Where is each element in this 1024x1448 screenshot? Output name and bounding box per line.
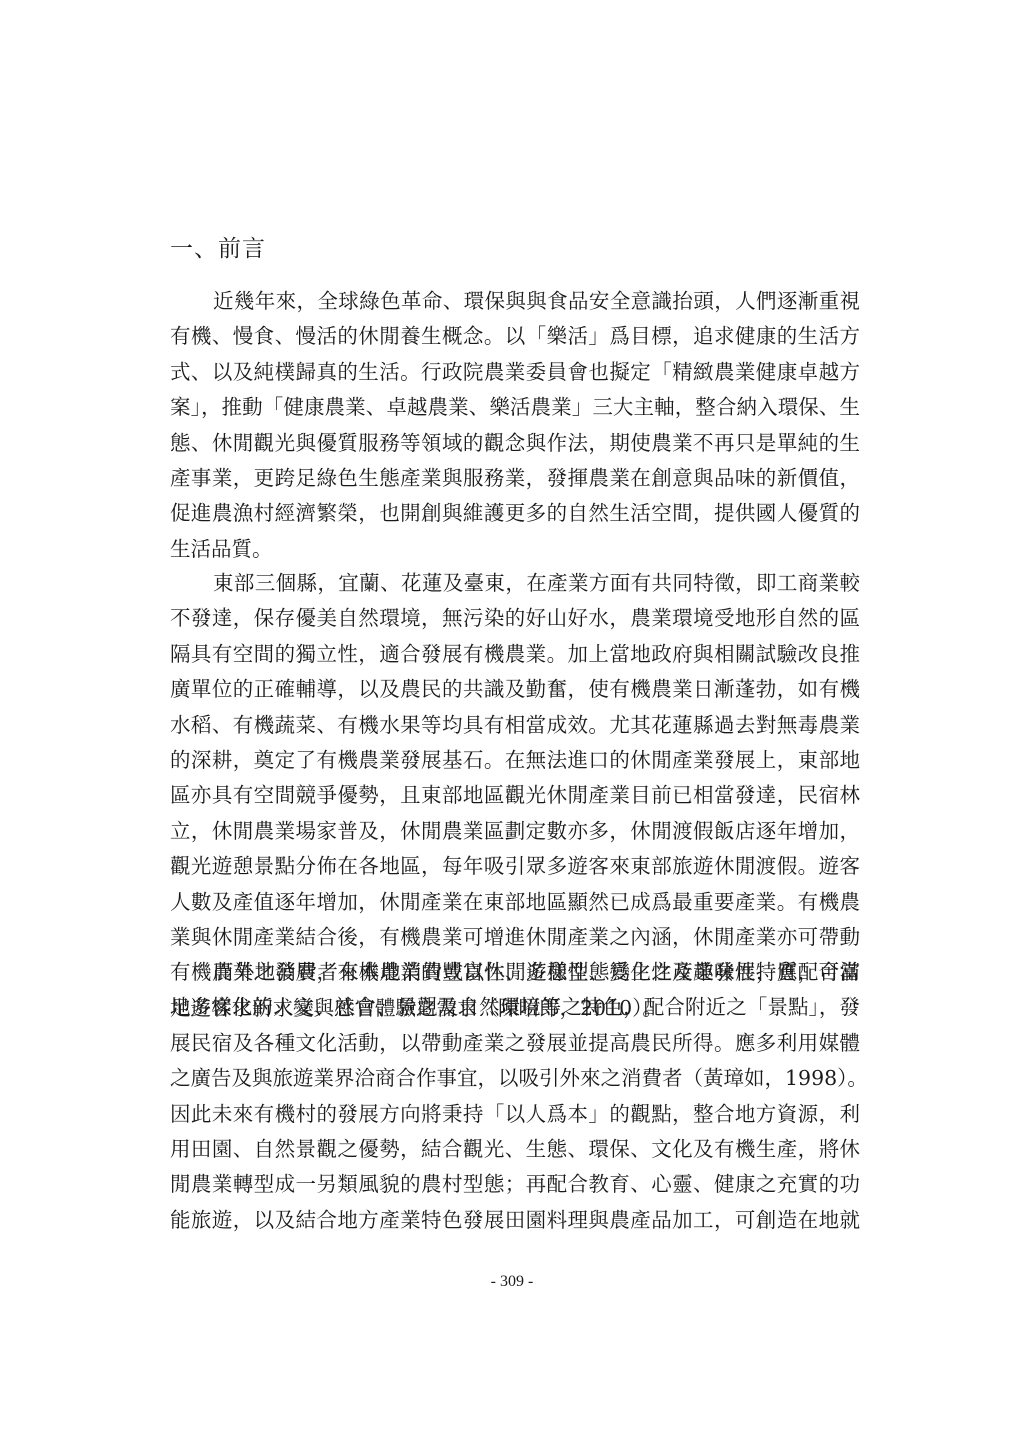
paragraph-line: 近幾年來，全球綠色革命、環保與與食品安全意識抬頭，人們逐漸重視: [170, 284, 860, 319]
page-number: - 309 -: [0, 1272, 1024, 1292]
paragraph-line: 態、休閒觀光與優質服務等領域的觀念與作法，期使農業不再只是單純的生: [170, 426, 860, 461]
paragraph-line: 之廣告及與旅遊業界洽商合作事宜，以吸引外來之消費者（黃璋如，1998）。: [170, 1061, 860, 1096]
section-heading: 一、前言: [170, 234, 266, 264]
paragraph-line: 觀光遊憩景點分佈在各地區，每年吸引眾多遊客來東部旅遊休閒渡假。遊客: [170, 849, 860, 884]
paragraph-line: 能旅遊，以及結合地方產業特色發展田園料理與農產品加工，可創造在地就: [170, 1203, 860, 1238]
paragraph-line: 式、以及純樸歸真的生活。行政院農業委員會也擬定「精緻農業健康卓越方: [170, 355, 860, 390]
paragraph-line: 促進農漁村經濟繁榮，也開創與維護更多的自然生活空間，提供國人優質的: [170, 496, 860, 531]
paragraph-line: 生活品質。: [170, 532, 860, 567]
paragraph-line: 東部三個縣，宜蘭、花蓮及臺東，在產業方面有共同特徵，即工商業較: [170, 566, 860, 601]
paragraph-line: 產事業，更跨足綠色生態產業與服務業，發揮農業在創意與品味的新價值，: [170, 461, 860, 496]
paragraph-line: 廣單位的正確輔導，以及農民的共識及勤奮，使有機農業日漸蓬勃，如有機: [170, 672, 860, 707]
paragraph-line: 用田園、自然景觀之優勢，結合觀光、生態、環保、文化及有機生產，將休: [170, 1132, 860, 1167]
paragraph-line: 立，休閒農業場家普及，休閒農業區劃定數亦多，休閒渡假飯店逐年增加，: [170, 814, 860, 849]
paragraph-line: 閒農業轉型成一另類風貌的農村型態；再配合教育、心靈、健康之充實的功: [170, 1167, 860, 1202]
paragraph-line: 不發達，保存優美自然環境，無污染的好山好水，農業環境受地形自然的區: [170, 601, 860, 636]
paragraph-line: 區亦具有空間競爭優勢，且東部地區觀光休閒產業目前已相當發達，民宿林: [170, 778, 860, 813]
paragraph-line: 因此未來有機村的發展方向將秉持「以人爲本」的觀點，整合地方資源，利: [170, 1097, 860, 1132]
document-page: 一、前言 近幾年來，全球綠色革命、環保與與食品安全意識抬頭，人們逐漸重視 有機、…: [0, 0, 1024, 1448]
paragraph-1: 近幾年來，全球綠色革命、環保與與食品安全意識抬頭，人們逐漸重視 有機、慢食、慢活…: [170, 284, 860, 567]
paragraph-line: 而外地消費者來本地消費或以休閒遊憩型態爲主之產業發展，應配合當: [170, 955, 860, 990]
paragraph-line: 隔具有空間的獨立性，適合發展有機農業。加上當地政府與相關試驗改良推: [170, 637, 860, 672]
paragraph-line: 業與休閒產業結合後，有機農業可增進休閒產業之內涵，休閒產業亦可帶動: [170, 920, 860, 955]
paragraph-line: 地多樣化的人文、社會、景觀及自然環境等之特色，配合附近之「景點」，發: [170, 990, 860, 1025]
paragraph-line: 有機、慢食、慢活的休閒養生概念。以「樂活」爲目標，追求健康的生活方: [170, 319, 860, 354]
paragraph-line: 水稻、有機蔬菜、有機水果等均具有相當成效。尤其花蓮縣過去對無毒農業: [170, 708, 860, 743]
paragraph-3: 而外地消費者來本地消費或以休閒遊憩型態爲主之產業發展，應配合當 地多樣化的人文、…: [170, 955, 860, 1238]
paragraph-line: 展民宿及各種文化活動，以帶動產業之發展並提高農民所得。應多利用媒體: [170, 1026, 860, 1061]
paragraph-line: 人數及產值逐年增加，休閒產業在東部地區顯然已成爲最重要產業。有機農: [170, 885, 860, 920]
paragraph-line: 案」，推動「健康農業、卓越農業、樂活農業」三大主軸，整合納入環保、生: [170, 390, 860, 425]
paragraph-line: 的深耕，奠定了有機農業發展基石。在無法進口的休閒產業發展上，東部地: [170, 743, 860, 778]
